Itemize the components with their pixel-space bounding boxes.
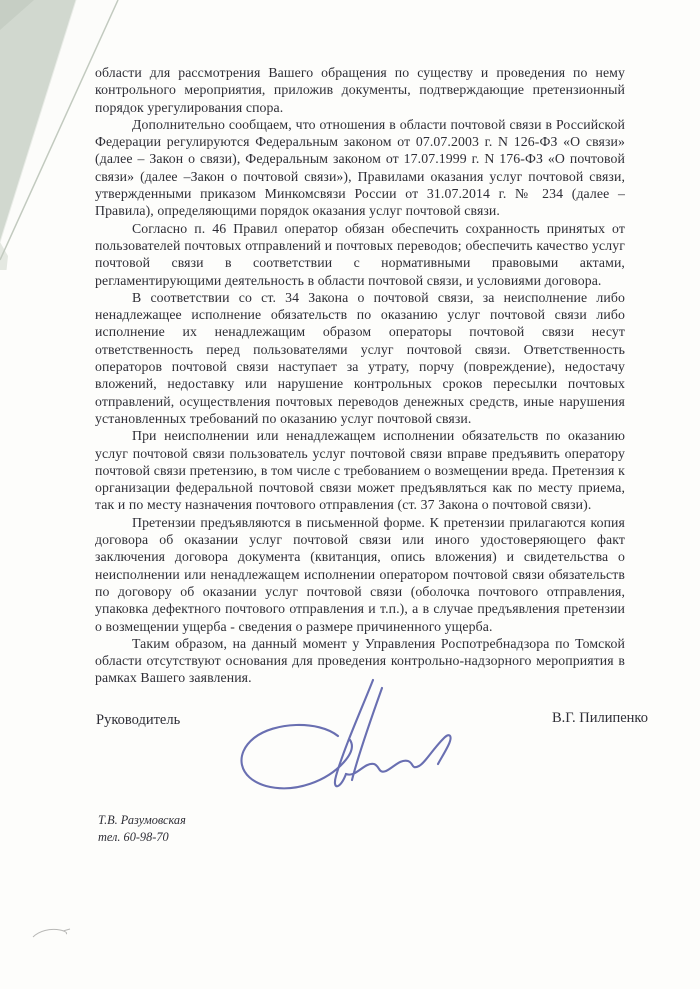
signatory-name: В.Г. Пилипенко — [552, 710, 648, 727]
paragraph-4: В соответствии со ст. 34 Закона о почтов… — [95, 289, 625, 427]
pencil-mark-artifact — [30, 926, 74, 942]
executor-block: Т.В. Разумовская тел. 60-98-70 — [98, 812, 186, 846]
signature-ink — [222, 676, 478, 806]
executor-phone: тел. 60-98-70 — [98, 829, 186, 846]
paragraph-1: области для рассмотрения Вашего обращени… — [95, 64, 625, 116]
scanned-letter-page: области для рассмотрения Вашего обращени… — [0, 0, 700, 989]
signatory-title: Руководитель — [96, 712, 180, 729]
letter-body: области для рассмотрения Вашего обращени… — [95, 64, 625, 687]
paragraph-2: Дополнительно сообщаем, что отношения в … — [95, 116, 625, 220]
paragraph-6: Претензии предъявляются в письменной фор… — [95, 514, 625, 635]
paragraph-5: При неисполнении или ненадлежащем исполн… — [95, 427, 625, 513]
paragraph-3: Согласно п. 46 Правил оператор обязан об… — [95, 220, 625, 289]
executor-name: Т.В. Разумовская — [98, 812, 186, 829]
